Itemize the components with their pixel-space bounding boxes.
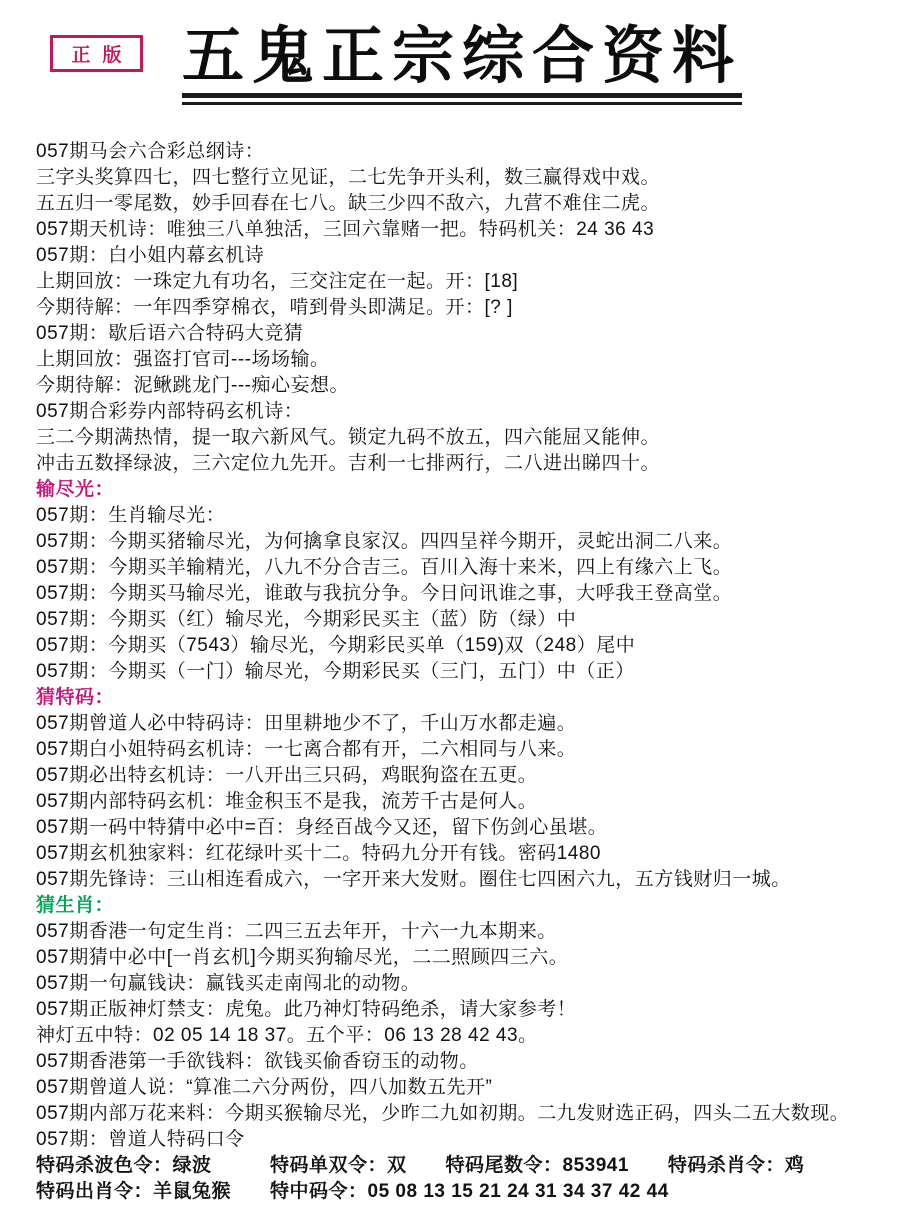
text-line: 057期：曾道人特码口令 <box>36 1127 890 1153</box>
text-line: 057期马会六合彩总纲诗： <box>36 139 890 165</box>
text-line: 特码出肖令：羊鼠兔猴 特中码令：05 08 13 15 21 24 31 34 … <box>36 1179 890 1205</box>
authentic-badge: 正版 <box>50 35 143 72</box>
text-line: 057期一码中特猜中必中=百：身经百战今又还，留下伤剑心虽堪。 <box>36 815 890 841</box>
text-line: 五五归一零尾数，妙手回春在七八。缺三少四不敌六，九营不难住二虎。 <box>36 191 890 217</box>
text-line: 057期玄机独家料：红花绿叶买十二。特码九分开有钱。密码1480 <box>36 841 890 867</box>
text-line: 上期回放：一珠定九有功名，三交注定在一起。开：[18] <box>36 269 890 295</box>
text-line: 057期：今期买（一门）输尽光，今期彩民买（三门，五门）中（正） <box>36 659 890 685</box>
text-line: 057期白小姐特码玄机诗：一七离合都有开，二六相同与八来。 <box>36 737 890 763</box>
text-line: 特码杀波色令：绿波 特码单双令：双 特码尾数令：853941 特码杀肖令：鸡 <box>36 1153 890 1179</box>
text-line: 057期猜中必中[一肖玄机]今期买狗输尽光，二二照顾四三六。 <box>36 945 890 971</box>
text-line: 057期：今期买马输尽光，谁敢与我抗分争。今日问讯谁之事，大呼我王登高堂。 <box>36 581 890 607</box>
text-line: 057期香港第一手欲钱料：欲钱买偷香窃玉的动物。 <box>36 1049 890 1075</box>
page-title: 五鬼正宗综合资料 <box>182 22 742 92</box>
page-root: 正版 五鬼正宗综合资料 057期马会六合彩总纲诗：三字头奖算四七，四七整行立见证… <box>0 0 900 1229</box>
text-line: 057期：今期买猪输尽光，为何擒拿良家汉。四四呈祥今期开，灵蛇出洞二八来。 <box>36 529 890 555</box>
text-line: 057期：今期买（红）输尽光，今期彩民买主（蓝）防（绿）中 <box>36 607 890 633</box>
text-line: 057期：今期买羊输精光，八九不分合吉三。百川入海十来米，四上有缘六上飞。 <box>36 555 890 581</box>
text-line: 三字头奖算四七，四七整行立见证，二七先争开头利，数三赢得戏中戏。 <box>36 165 890 191</box>
content-lines: 057期马会六合彩总纲诗：三字头奖算四七，四七整行立见证，二七先争开头利，数三赢… <box>0 139 900 1205</box>
text-line: 今期待解：一年四季穿棉衣，啃到骨头即满足。开：[? ] <box>36 295 890 321</box>
text-line: 057期一句赢钱诀：赢钱买走南闯北的动物。 <box>36 971 890 997</box>
header: 正版 五鬼正宗综合资料 <box>0 0 900 139</box>
text-line: 神灯五中特：02 05 14 18 37。五个平：06 13 28 42 43。 <box>36 1023 890 1049</box>
title-block: 五鬼正宗综合资料 <box>182 22 742 105</box>
text-line: 057期香港一句定生肖：二四三五去年开，十六一九本期来。 <box>36 919 890 945</box>
text-line: 057期必出特玄机诗：一八开出三只码，鸡眠狗盗在五更。 <box>36 763 890 789</box>
text-line: 输尽光： <box>36 477 890 503</box>
text-line: 猜特码： <box>36 685 890 711</box>
text-line: 057期先锋诗：三山相连看成六，一字开来大发财。圈住七四困六九，五方钱财归一城。 <box>36 867 890 893</box>
text-line: 今期待解：泥鳅跳龙门---痴心妄想。 <box>36 373 890 399</box>
title-underline-thin <box>182 102 742 105</box>
text-line: 上期回放：强盗打官司---场场输。 <box>36 347 890 373</box>
text-line: 057期曾道人必中特码诗：田里耕地少不了，千山万水都走遍。 <box>36 711 890 737</box>
text-line: 三二今期满热情，提一取六新风气。锁定九码不放五，四六能屈又能伸。 <box>36 425 890 451</box>
text-line: 057期内部特码玄机：堆金积玉不是我，流芳千古是何人。 <box>36 789 890 815</box>
text-line: 057期合彩券内部特码玄机诗： <box>36 399 890 425</box>
text-line: 057期内部万花来料：今期买猴输尽光，少昨二九如初期。二九发财选正码，四头二五大… <box>36 1101 890 1127</box>
text-line: 冲击五数择绿波，三六定位九先开。吉利一七排两行，二八进出睇四十。 <box>36 451 890 477</box>
text-line: 猜生肖： <box>36 893 890 919</box>
text-line: 057期正版神灯禁支：虎兔。此乃神灯特码绝杀，请大家参考！ <box>36 997 890 1023</box>
text-line: 057期曾道人说：“算准二六分两份，四八加数五先开” <box>36 1075 890 1101</box>
text-line: 057期天机诗：唯独三八单独活，三回六靠赌一把。特码机关：24 36 43 <box>36 217 890 243</box>
text-line: 057期：白小姐内幕玄机诗 <box>36 243 890 269</box>
text-line: 057期：歇后语六合特码大竞猜 <box>36 321 890 347</box>
text-line: 057期：生肖输尽光： <box>36 503 890 529</box>
authentic-badge-label: 正版 <box>71 40 133 67</box>
title-underline-thick <box>182 93 742 98</box>
text-line: 057期：今期买（7543）输尽光，今期彩民买单（159)双（248）尾中 <box>36 633 890 659</box>
